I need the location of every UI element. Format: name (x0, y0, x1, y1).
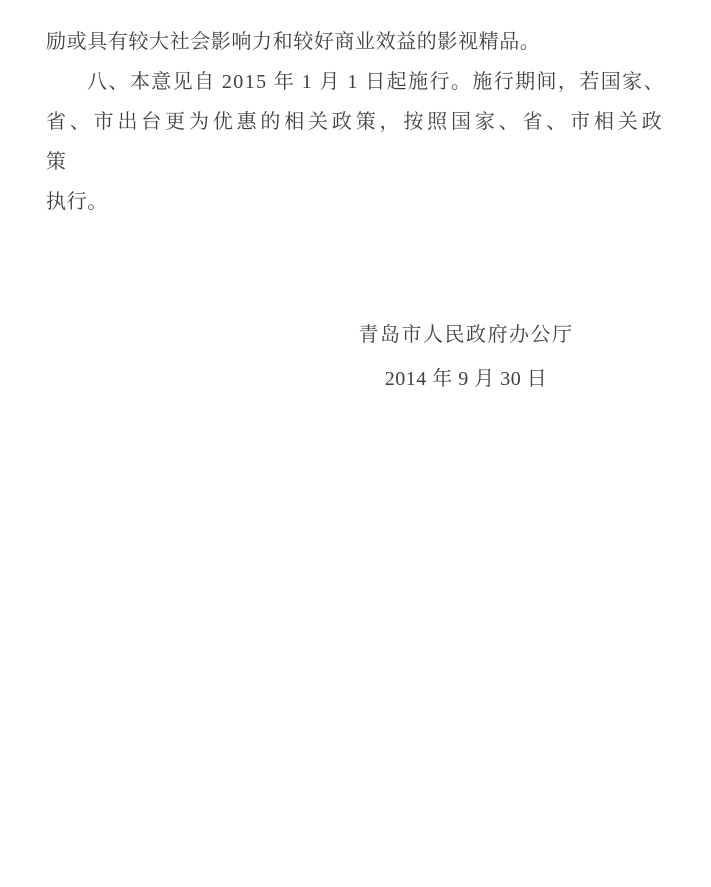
body-line: 八、本意见自 2015 年 1 月 1 日起施行。施行期间，若国家、 (46, 62, 665, 102)
body-line: 执行。 (46, 182, 665, 222)
signature-block: 青岛市人民政府办公厅 2014 年 9 月 30 日 (326, 315, 606, 399)
body-line: 省、市出台更为优惠的相关政策，按照国家、省、市相关政策 (46, 102, 665, 182)
document-body: 励或具有较大社会影响力和较好商业效益的影视精品。 八、本意见自 2015 年 1… (0, 0, 711, 222)
body-line: 励或具有较大社会影响力和较好商业效益的影视精品。 (46, 22, 665, 62)
signature-issuer: 青岛市人民政府办公厅 (326, 315, 606, 355)
signature-date: 2014 年 9 月 30 日 (326, 359, 606, 399)
document-page: 励或具有较大社会影响力和较好商业效益的影视精品。 八、本意见自 2015 年 1… (0, 0, 711, 887)
